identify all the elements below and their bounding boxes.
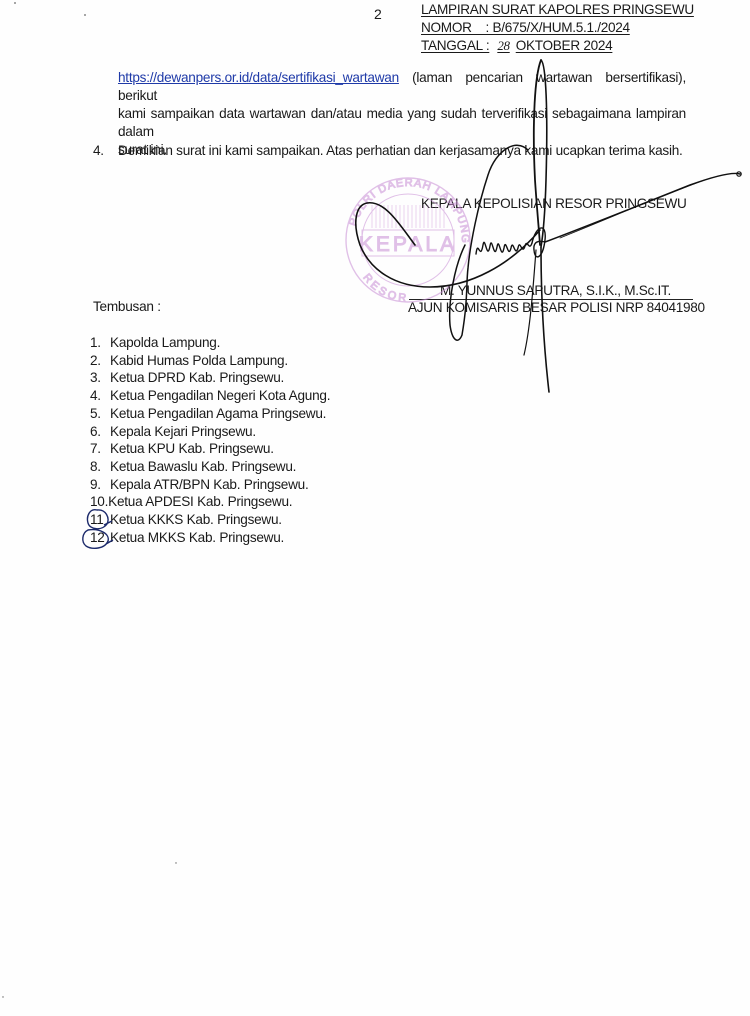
tembusan-item-number: 2. xyxy=(90,352,110,370)
attachment-title: LAMPIRAN SURAT KAPOLRES PRINGSEWU xyxy=(421,1,694,19)
paragraph-line-2: kami sampaikan data wartawan dan/atau me… xyxy=(118,105,686,141)
document-page: 2 LAMPIRAN SURAT KAPOLRES PRINGSEWU NOMO… xyxy=(0,0,750,1016)
tembusan-item-text: Ketua Bawaslu Kab. Pringsewu. xyxy=(110,459,296,474)
tembusan-item-number: 12 xyxy=(90,529,110,547)
tembusan-item: 10.Ketua APDESI Kab. Pringsewu. xyxy=(90,493,330,511)
dewanpers-link[interactable]: https://dewanpers.or.id/data/sertifikasi… xyxy=(118,70,399,85)
tembusan-item: 5.Ketua Pengadilan Agama Pringsewu. xyxy=(90,405,330,423)
tembusan-item-text: Ketua Pengadilan Agama Pringsewu. xyxy=(110,406,326,421)
tembusan-item-number: 1. xyxy=(90,334,110,352)
tembusan-item: 1.Kapolda Lampung. xyxy=(90,334,330,352)
svg-text:KEPALA: KEPALA xyxy=(359,233,457,256)
tembusan-item: 2.Kabid Humas Polda Lampung. xyxy=(90,352,330,370)
closing-statement: 4.Demikian surat ini kami sampaikan. Ata… xyxy=(93,143,683,158)
closing-text: Demikian surat ini kami sampaikan. Atas … xyxy=(118,143,683,158)
tembusan-item-text: Kepala Kejari Pringsewu. xyxy=(110,424,256,439)
signatory-title: KEPALA KEPOLISIAN RESOR PRINGSEWU xyxy=(421,196,687,211)
svg-text:RESOR: RESOR xyxy=(360,272,409,305)
tembusan-item: 7.Ketua KPU Kab. Pringsewu. xyxy=(90,440,330,458)
tembusan-item-number: 6. xyxy=(90,423,110,441)
tembusan-item-number: 3. xyxy=(90,369,110,387)
tembusan-item: 3.Ketua DPRD Kab. Pringsewu. xyxy=(90,369,330,387)
tembusan-item-text: Ketua KPU Kab. Pringsewu. xyxy=(110,441,274,456)
tembusan-item-number: 4. xyxy=(90,387,110,405)
signatory-rank: AJUN KOMISARIS BESAR POLISI NRP 84041980 xyxy=(408,300,705,315)
tembusan-item: 8.Ketua Bawaslu Kab. Pringsewu. xyxy=(90,458,330,476)
paragraph-line-1: https://dewanpers.or.id/data/sertifikasi… xyxy=(118,69,686,105)
tembusan-item-number: 5. xyxy=(90,405,110,423)
tembusan-title: Tembusan : xyxy=(93,299,161,314)
attachment-date: TANGGAL :28OKTOBER 2024 xyxy=(421,37,694,55)
tembusan-item-text: Ketua Pengadilan Negeri Kota Agung. xyxy=(110,388,330,403)
tembusan-item: 4.Ketua Pengadilan Negeri Kota Agung. xyxy=(90,387,330,405)
tembusan-item-text: Ketua MKKS Kab. Pringsewu. xyxy=(110,530,284,545)
tembusan-item: 6.Kepala Kejari Pringsewu. xyxy=(90,423,330,441)
date-label: TANGGAL : xyxy=(421,38,489,53)
tembusan-item-text: Kapolda Lampung. xyxy=(110,335,220,350)
tembusan-list: 1.Kapolda Lampung.2.Kabid Humas Polda La… xyxy=(90,334,330,546)
tembusan-item-number: 8. xyxy=(90,458,110,476)
attachment-number: NOMOR : B/675/X/HUM.5.1./2024 xyxy=(421,19,694,37)
tembusan-item-text: Kabid Humas Polda Lampung. xyxy=(110,353,288,368)
tembusan-item-text: Ketua DPRD Kab. Pringsewu. xyxy=(110,370,284,385)
tembusan-item: 12Ketua MKKS Kab. Pringsewu. xyxy=(90,529,330,547)
tembusan-item-number: 9. xyxy=(90,476,110,494)
page-number: 2 xyxy=(374,6,382,22)
tembusan-item-number: 7. xyxy=(90,440,110,458)
tembusan-item-number: 11 xyxy=(90,511,110,529)
tembusan-item-text: Ketua KKKS Kab. Pringsewu. xyxy=(110,512,282,527)
tembusan-item-number: 10. xyxy=(90,493,108,511)
date-month-year: OKTOBER 2024 xyxy=(516,38,613,53)
tembusan-item-text: Ketua APDESI Kab. Pringsewu. xyxy=(108,494,292,509)
tembusan-item: 11Ketua KKKS Kab. Pringsewu. xyxy=(90,511,330,529)
tembusan-item: 9.Kepala ATR/BPN Kab. Pringsewu. xyxy=(90,476,330,494)
attachment-header: LAMPIRAN SURAT KAPOLRES PRINGSEWU NOMOR … xyxy=(421,1,694,55)
tembusan-item-text: Kepala ATR/BPN Kab. Pringsewu. xyxy=(110,477,309,492)
signatory-name: M. YUNNUS SAPUTRA, S.I.K., M.Sc.IT. xyxy=(440,283,671,298)
date-day-handwritten: 28 xyxy=(497,38,509,53)
closing-number: 4. xyxy=(93,143,118,158)
